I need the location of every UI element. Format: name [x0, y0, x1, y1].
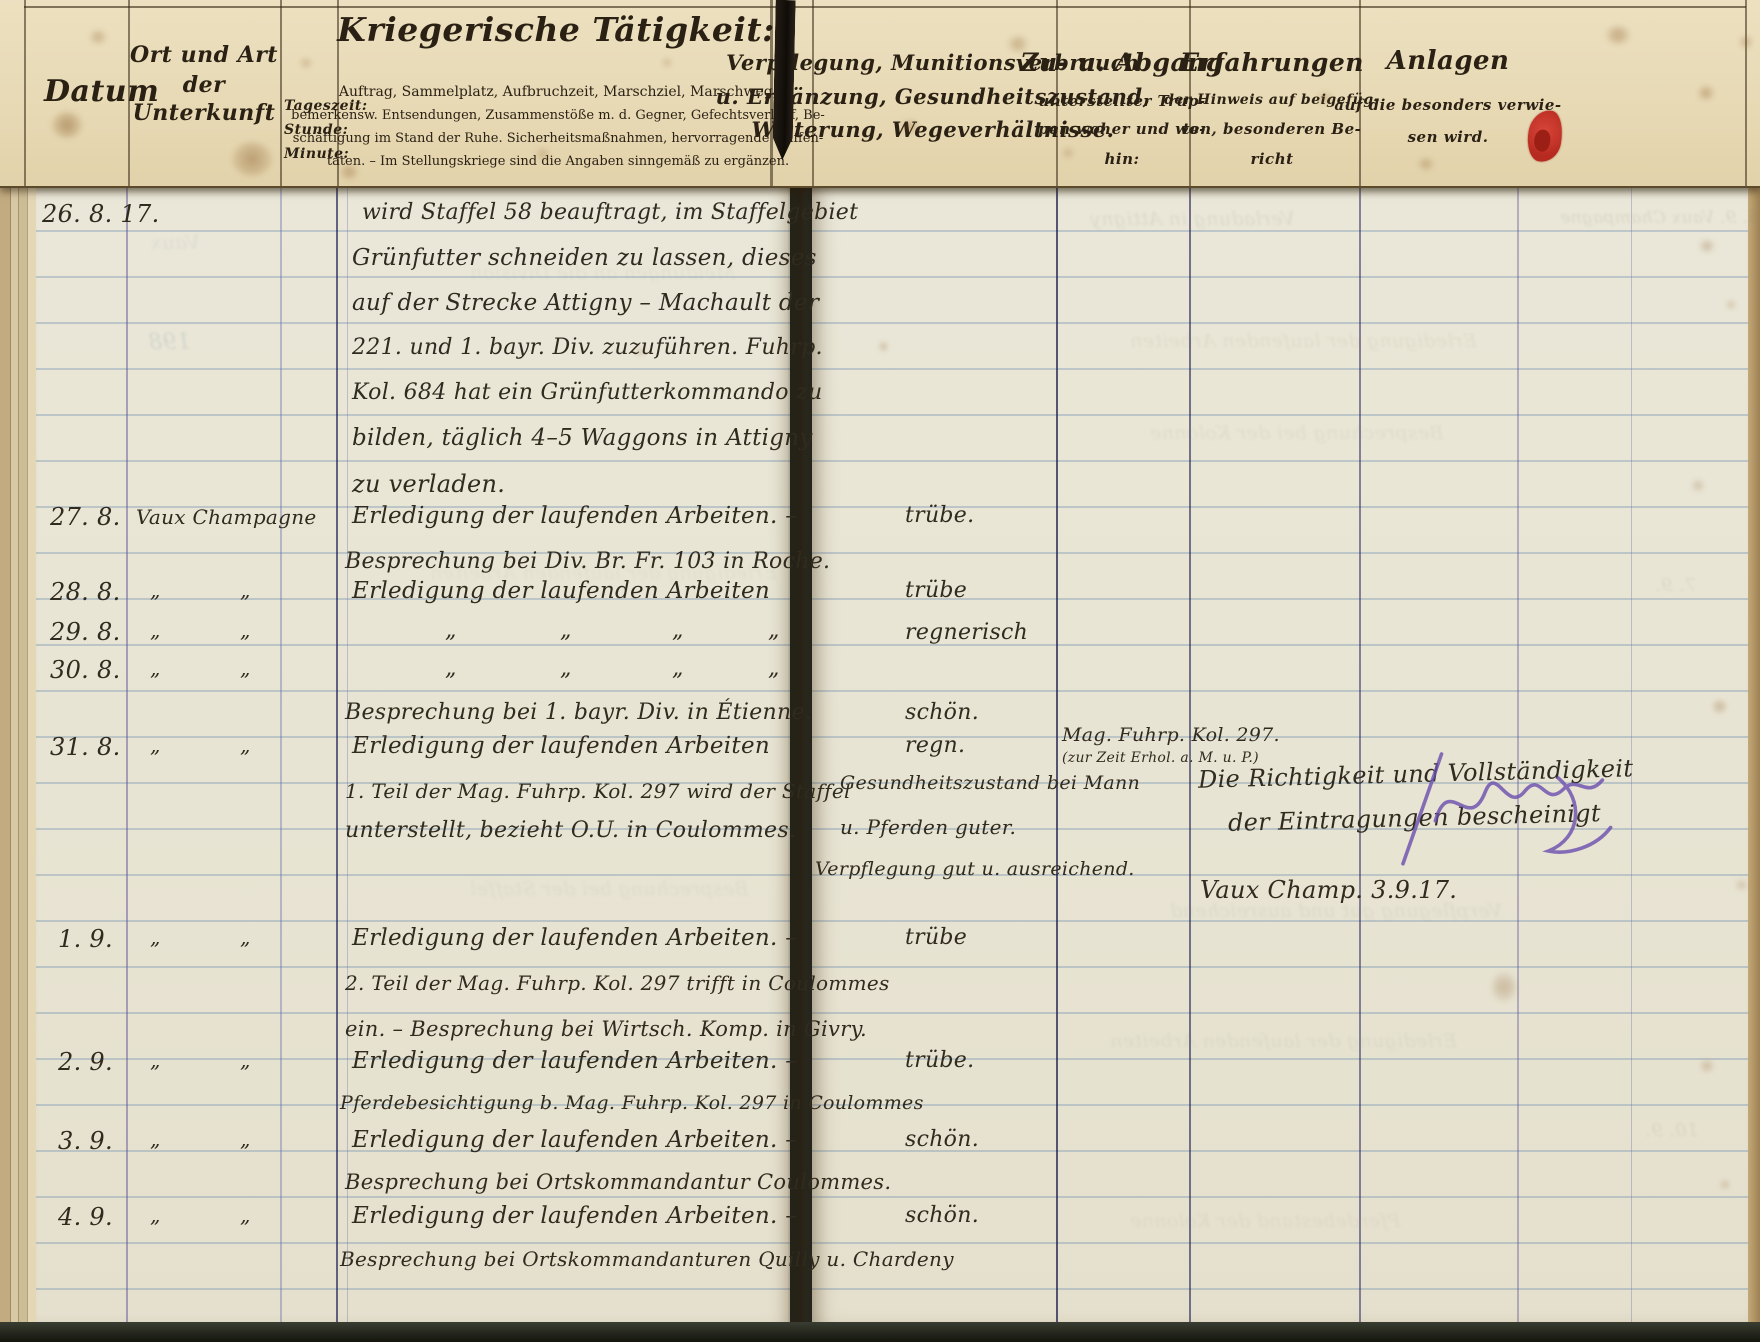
foxing-spot — [902, 120, 918, 133]
header-zuabgang-subline: hin: — [1104, 150, 1139, 168]
ditto-mark: „ — [150, 1203, 161, 1227]
activity-line: Pferdebesichtigung b. Mag. Fuhrp. Kol. 2… — [340, 1092, 924, 1114]
activity-line: Besprechung bei 1. bayr. Div. in Étienne… — [345, 700, 812, 725]
ditto-mark: „ — [240, 1203, 251, 1227]
activity-line: auf der Strecke Attigny – Machault der — [352, 290, 819, 316]
bleed-through-text: 198 — [148, 330, 191, 355]
bleed-through-text: Erledigung der laufenden Arbeiten — [1130, 330, 1477, 352]
right-page-edge — [1748, 186, 1760, 1322]
weather-note: u. Pferden guter. — [840, 815, 1016, 839]
ditto-mark: „ — [240, 733, 251, 757]
bleed-through-text: Verladung in Attigny — [1090, 208, 1295, 230]
header-anlagen-subline: sen wird. — [1408, 128, 1489, 146]
activity-line: Kol. 684 hat ein Grünfutterkommando zu — [352, 380, 822, 405]
header-krieg-subline: taten. – Im Stellungskriege sind die Ang… — [327, 154, 789, 169]
activity-line: ein. – Besprechung bei Wirtsch. Komp. in… — [345, 1017, 867, 1041]
activity-line: bilden, täglich 4–5 Waggons in Attigny — [352, 425, 813, 451]
bleed-through-text: Erledigung der laufenden Arbeiten — [1110, 1030, 1457, 1052]
foxing-spot — [1008, 36, 1028, 52]
activity-line: Erledigung der laufenden Arbeiten — [352, 733, 770, 759]
ditto-mark: „ — [150, 1048, 161, 1072]
foxing-spot — [1698, 86, 1714, 100]
foxing-spot — [1700, 1060, 1714, 1072]
unit-note-line: (zur Zeit Erhol. a. M. u. P.) — [1062, 750, 1259, 766]
table-surface — [0, 1322, 1760, 1342]
entry-date: 28. 8. — [50, 578, 121, 606]
ditto-mark: „ — [150, 656, 161, 680]
bleed-through-text: 10. 9. — [1645, 1120, 1698, 1141]
bleed-through-text: Pferdebestand der Kolonne — [1130, 1210, 1401, 1232]
header-erfahrungen-subline: ten, besonderen Be- — [1183, 120, 1362, 138]
entry-date: 4. 9. — [58, 1203, 113, 1231]
war-diary-page: Datum Ort und Art der Unterkunft Tagesze… — [0, 0, 1760, 1342]
weather-note: trübe — [905, 925, 967, 950]
bleed-through-text: Besprechung bei der Kolonne — [1150, 422, 1444, 444]
ditto-mark: „ — [150, 925, 161, 949]
entry-date: 2. 9. — [58, 1048, 113, 1076]
bookmark-ribbon — [772, 0, 795, 160]
bleed-through-text: Besprechung bei der Staffel — [470, 878, 749, 900]
foxing-spot — [300, 58, 312, 68]
ditto-mark: „ — [150, 618, 161, 642]
foxing-spot — [1720, 1180, 1730, 1189]
foxing-spot — [340, 165, 358, 179]
column-rule-datum — [126, 186, 128, 1322]
activity-line: unterstellt, bezieht O.U. in Coulommes. — [345, 818, 796, 843]
bleed-through-text: Vaux — [150, 230, 200, 254]
header-krieg-subline: Auftrag, Sammelplatz, Aufbruchzeit, Mars… — [339, 84, 777, 100]
ditto-mark: „ — [240, 656, 251, 680]
activity-line: Erledigung der laufenden Arbeiten. – — [352, 1203, 797, 1229]
weather-note: trübe. — [905, 1048, 974, 1073]
header-rule — [24, 0, 26, 186]
activity-line: Erledigung der laufenden Arbeiten. – — [352, 1048, 797, 1074]
bleed-through-text: 5. 9. Vaux Champagne — [1560, 208, 1759, 228]
foxing-spot — [1740, 36, 1752, 48]
weather-note: regn. — [905, 733, 965, 758]
column-rule-tageszeit-inner — [347, 186, 348, 1322]
ditto-mark: „ — [768, 618, 780, 643]
foxing-spot — [1606, 26, 1630, 44]
foxing-spot — [1692, 480, 1704, 491]
activity-line: Erledigung der laufenden Arbeiten. – — [352, 1127, 797, 1153]
unit-note-line: Mag. Fuhrp. Kol. 297. — [1062, 724, 1280, 746]
header-rule — [1745, 0, 1747, 186]
bleed-through-text: 7. 9. — [1655, 575, 1697, 596]
certification-place-date: Vaux Champ. 3.9.17. — [1200, 876, 1457, 904]
column-rule-ort — [280, 186, 282, 1322]
weather-note: schön. — [905, 1203, 979, 1228]
header-top-rule — [24, 6, 1746, 8]
foxing-spot — [1736, 880, 1747, 890]
activity-line: 2. Teil der Mag. Fuhrp. Kol. 297 trifft … — [345, 971, 890, 995]
ditto-mark: „ — [445, 618, 457, 643]
header-erfahrungen-title: Erfahrungen — [1180, 48, 1364, 77]
foxing-spot — [1700, 240, 1714, 252]
column-rule-erfahrungen — [1359, 186, 1361, 1322]
ditto-mark: „ — [445, 656, 457, 681]
ditto-mark: „ — [768, 656, 780, 681]
activity-line: Grünfutter schneiden zu lassen, dieses — [352, 245, 817, 271]
header-ort-line: der — [183, 72, 225, 98]
header-ort-line: Unterkunft — [133, 100, 276, 126]
header-erfahrungen-subline: richt — [1250, 150, 1293, 168]
header-anlagen-title: Anlagen — [1387, 46, 1510, 76]
foxing-spot — [1712, 700, 1727, 713]
ditto-mark: „ — [240, 618, 251, 642]
activity-line: wird Staffel 58 beauftragt, im Staffelge… — [362, 200, 858, 225]
entry-date: 3. 9. — [58, 1127, 113, 1155]
weather-note: Verpflegung gut u. ausreichend. — [815, 858, 1135, 880]
foxing-spot — [1492, 972, 1516, 1002]
activity-line: Besprechung bei Ortskommandanturen Quill… — [340, 1247, 954, 1271]
ditto-mark: „ — [150, 1127, 161, 1151]
weather-note: Gesundheitszustand bei Mann — [840, 772, 1140, 794]
entry-place: Vaux Champagne — [136, 505, 317, 529]
column-rule-tageszeit — [336, 186, 338, 1322]
activity-line: Erledigung der laufenden Arbeiten. – — [352, 503, 797, 529]
entry-date: 1. 9. — [58, 925, 113, 953]
column-rule-verpflegung — [1056, 186, 1058, 1322]
activity-line: zu verladen. — [352, 470, 505, 498]
foxing-spot — [1318, 92, 1332, 104]
entry-date: 27. 8. — [50, 503, 121, 531]
header-ort-line: Ort und Art — [130, 42, 278, 68]
weather-note: schön. — [905, 1127, 979, 1152]
signature — [1387, 732, 1637, 872]
ditto-mark: „ — [240, 578, 251, 602]
foxing-spot — [662, 58, 672, 67]
ditto-mark: „ — [240, 1127, 251, 1151]
foxing-spot — [1726, 300, 1736, 309]
ditto-mark: „ — [240, 925, 251, 949]
header-rule — [280, 0, 282, 186]
activity-line: Erledigung der laufenden Arbeiten. – — [352, 925, 797, 951]
ditto-mark: „ — [560, 656, 572, 681]
foxing-spot — [1062, 148, 1074, 158]
weather-note: regnerisch — [905, 620, 1028, 645]
ditto-mark: „ — [150, 578, 161, 602]
weather-note: trübe — [905, 578, 967, 603]
header-krieg-subline: bemerkensw. Entsendungen, Zusammenstöße … — [291, 108, 825, 123]
foxing-spot — [52, 112, 82, 138]
ditto-mark: „ — [672, 618, 684, 643]
activity-line: 221. und 1. bayr. Div. zuzuführen. Fuhrp… — [352, 335, 823, 360]
foxing-spot — [1418, 158, 1434, 170]
entry-date: 31. 8. — [50, 733, 121, 761]
red-wax-seal — [1524, 107, 1567, 164]
entry-date: 29. 8. — [50, 618, 121, 646]
ditto-mark: „ — [560, 618, 572, 643]
activity-line: Erledigung der laufenden Arbeiten — [352, 578, 770, 604]
activity-line: 1. Teil der Mag. Fuhrp. Kol. 297 wird de… — [345, 779, 851, 803]
activity-line: Besprechung bei Ortskommandantur Coulomm… — [345, 1170, 891, 1194]
weather-note: trübe. — [905, 503, 974, 528]
foxing-spot — [232, 142, 272, 176]
foxing-spot — [90, 30, 106, 44]
foxing-spot — [536, 148, 550, 160]
entry-date: 30. 8. — [50, 656, 121, 684]
header-krieg-subline: schäftigung im Stand der Ruhe. Sicherhei… — [293, 131, 823, 146]
book-page-edges — [0, 186, 10, 1322]
ditto-mark: „ — [150, 733, 161, 757]
header-krieg-title: Kriegerische Tätigkeit: — [337, 10, 775, 49]
ditto-mark: „ — [240, 1048, 251, 1072]
entry-date: 26. 8. 17. — [42, 200, 160, 228]
foxing-spot — [880, 342, 887, 351]
activity-line: Besprechung bei Div. Br. Fr. 103 in Roch… — [345, 549, 830, 574]
header-anlagen-subline: auf die besonders verwie- — [1334, 96, 1561, 114]
header-zuabgang-subline: pen woher und wo- — [1038, 120, 1206, 138]
ditto-mark: „ — [672, 656, 684, 681]
weather-note: schön. — [905, 700, 979, 725]
